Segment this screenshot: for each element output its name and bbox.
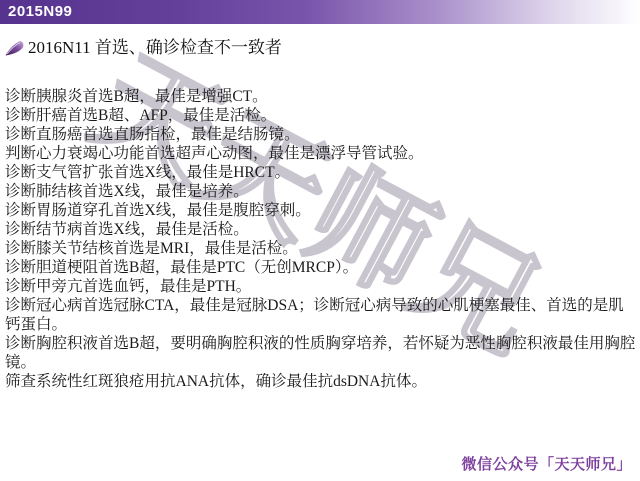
body-line: 诊断支气管扩张首选X线，最佳是HRCT。	[5, 163, 637, 182]
body-line: 诊断肝癌首选B超、AFP，最佳是活检。	[5, 106, 637, 125]
pen-icon	[5, 40, 25, 56]
wechat-account-label: 微信公众号「天天师兄」	[461, 453, 632, 474]
body-line: 诊断膝关节结核首选是MRI，最佳是活检。	[5, 239, 637, 258]
body-line: 诊断冠心病首选冠脉CTA，最佳是冠脉DSA；诊断冠心病导致的心肌梗塞最佳、首选的…	[5, 296, 637, 334]
body-line: 诊断胃肠道穿孔首选X线，最佳是腹腔穿刺。	[5, 201, 637, 220]
body-line: 筛查系统性红斑狼疮用抗ANA抗体，确诊最佳抗dsDNA抗体。	[5, 372, 637, 391]
body-line: 诊断甲旁亢首选血钙，最佳是PTH。	[5, 277, 637, 296]
body-line: 诊断胰腺炎首选B超，最佳是增强CT。	[5, 87, 637, 106]
body-line: 诊断肺结核首选X线，最佳是培养。	[5, 182, 637, 201]
body-line: 诊断结节病首选X线，最佳是活检。	[5, 220, 637, 239]
chapter-label: 2015N99	[0, 0, 640, 23]
section-title: 2016N11 首选、确诊检查不一致者	[28, 37, 282, 58]
notes-list: 诊断胰腺炎首选B超，最佳是增强CT。 诊断肝癌首选B超、AFP，最佳是活检。 诊…	[5, 87, 637, 391]
body-line: 判断心力衰竭心功能首选超声心动图，最佳是漂浮导管试验。	[5, 144, 637, 163]
body-line: 诊断胆道梗阻首选B超，最佳是PTC（无创MRCP）。	[5, 258, 637, 277]
content-area: 2016N11 首选、确诊检查不一致者 诊断胰腺炎首选B超，最佳是增强CT。 诊…	[5, 37, 637, 391]
header-bar: 2015N99	[0, 0, 640, 24]
body-line: 诊断直肠癌首选直肠指检，最佳是结肠镜。	[5, 125, 637, 144]
slide-page: 2015N99 天天师兄 2016N11 首选	[0, 0, 640, 481]
body-line: 诊断胸腔积液首选B超，要明确胸腔积液的性质胸穿培养，若怀疑为恶性胸腔积液最佳用胸…	[5, 334, 637, 372]
section-title-row: 2016N11 首选、确诊检查不一致者	[5, 37, 637, 58]
